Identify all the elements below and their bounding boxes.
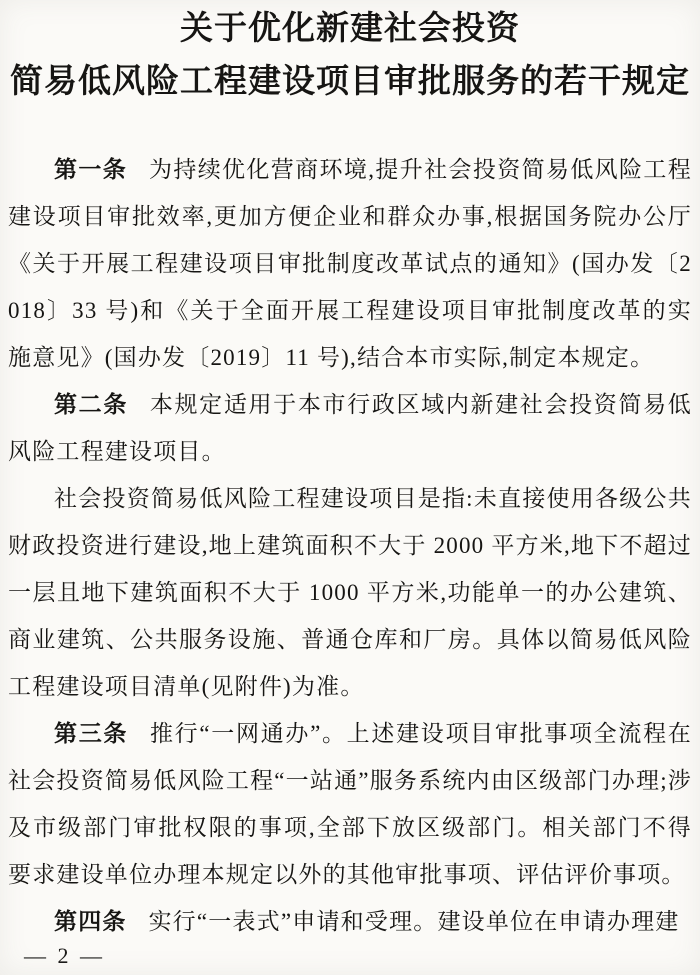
document-title-line-2: 简易低风险工程建设项目审批服务的若干规定	[0, 56, 700, 109]
article-3-label: 第三条	[54, 720, 128, 746]
article-2-label: 第二条	[54, 391, 128, 417]
article-4-text: 实行“一表式”申请和受理。建设单位在申请办理建	[148, 909, 679, 934]
document-title-line-1: 关于优化新建社会投资	[0, 3, 700, 56]
article-1-label: 第一条	[54, 156, 127, 182]
article-2-definition-paragraph: 社会投资简易低风险工程建设项目是指:未直接使用各级公共财政投资进行建设,地上建筑…	[8, 475, 692, 710]
document-title: 关于优化新建社会投资 简易低风险工程建设项目审批服务的若干规定	[0, 0, 700, 109]
article-2-paragraph: 第二条本规定适用于本市行政区域内新建社会投资简易低风险工程建设项目。	[8, 381, 692, 475]
article-4-paragraph: 第四条实行“一表式”申请和受理。建设单位在申请办理建	[8, 898, 692, 945]
article-1-text: 为持续优化营商环境,提升社会投资简易低风险工程建设项目审批效率,更加方便企业和群…	[8, 157, 692, 370]
document-page: 关于优化新建社会投资 简易低风险工程建设项目审批服务的若干规定 第一条为持续优化…	[0, 0, 700, 975]
page-number: — 2 —	[24, 943, 105, 969]
document-body: 第一条为持续优化营商环境,提升社会投资简易低风险工程建设项目审批效率,更加方便企…	[0, 146, 700, 945]
article-1-paragraph: 第一条为持续优化营商环境,提升社会投资简易低风险工程建设项目审批效率,更加方便企…	[8, 146, 692, 381]
article-4-label: 第四条	[54, 908, 127, 934]
article-2-definition-text: 社会投资简易低风险工程建设项目是指:未直接使用各级公共财政投资进行建设,地上建筑…	[8, 486, 692, 699]
article-3-paragraph: 第三条推行“一网通办”。上述建设项目审批事项全流程在社会投资简易低风险工程“一站…	[8, 710, 692, 898]
